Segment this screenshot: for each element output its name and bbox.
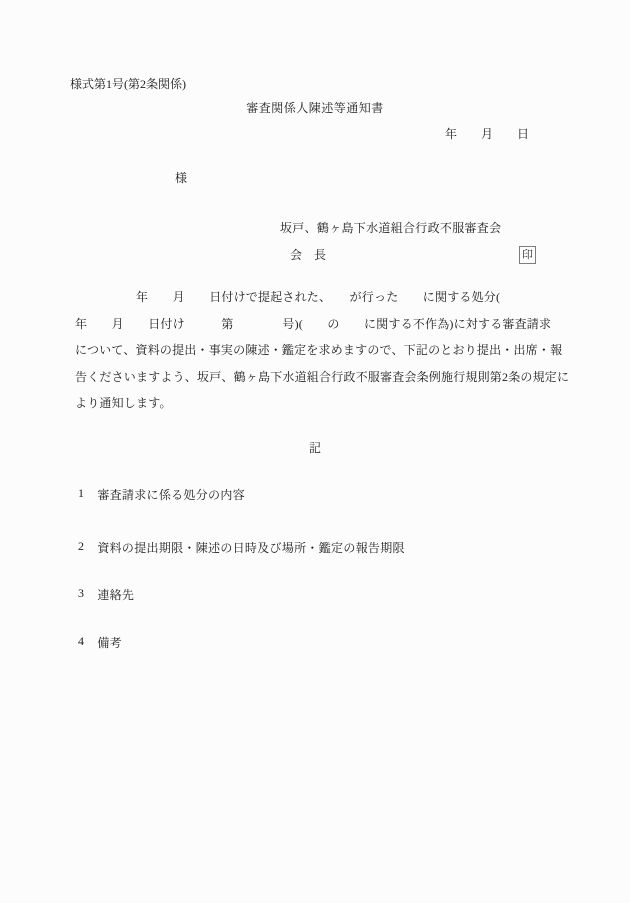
document-title: 審査関係人陳述等通知書 [0, 101, 630, 115]
body-line: 告くださいますよう、坂戸、鶴ヶ島下水道組合行政不服審査会条例施行規則第2条の規定… [75, 364, 567, 391]
list-item: 3 連絡先 [78, 586, 134, 603]
record-section-heading: 記 [0, 441, 630, 455]
seal-character: 印 [522, 250, 533, 261]
seal-stamp-box: 印 [519, 246, 536, 264]
date-fill-in-line: 年 月 日 [445, 127, 529, 141]
item-number: 2 [78, 539, 84, 556]
list-item: 4 備考 [78, 634, 122, 651]
issuer-organization-name: 坂戸、鶴ヶ島下水道組合行政不服審査会 [280, 221, 501, 235]
document-page: 様式第1号(第2条関係) 審査関係人陳述等通知書 年 月 日 様 坂戸、鶴ヶ島下… [0, 0, 630, 903]
body-line: について、資料の提出・事実の陳述・鑑定を求めますので、下記のとおり提出・出席・報 [75, 337, 567, 364]
body-line: 年 月 日付け 第 号)( の に関する不作為)に対する審査請求 [75, 311, 567, 338]
item-number: 4 [78, 634, 84, 651]
body-paragraph: 年 月 日付けで提起された、 が行った に関する処分( 年 月 日付け 第 号)… [75, 284, 567, 417]
list-item: 1 審査請求に係る処分の内容 [78, 486, 245, 503]
item-label: 審査請求に係る処分の内容 [97, 486, 245, 503]
list-item: 2 資料の提出期限・陳述の日時及び場所・鑑定の報告期限 [78, 539, 405, 556]
body-line: より通知します。 [75, 390, 567, 417]
addressee-suffix-label: 様 [175, 171, 187, 185]
body-line: 年 月 日付けで提起された、 が行った に関する処分( [75, 284, 567, 311]
item-number: 1 [78, 486, 84, 503]
chairman-title-label: 会 長 [290, 248, 326, 262]
item-number: 3 [78, 586, 84, 603]
item-label: 備考 [97, 634, 122, 651]
item-label: 連絡先 [97, 586, 134, 603]
item-label: 資料の提出期限・陳述の日時及び場所・鑑定の報告期限 [97, 539, 405, 556]
form-number-label: 様式第1号(第2条関係) [70, 77, 186, 91]
